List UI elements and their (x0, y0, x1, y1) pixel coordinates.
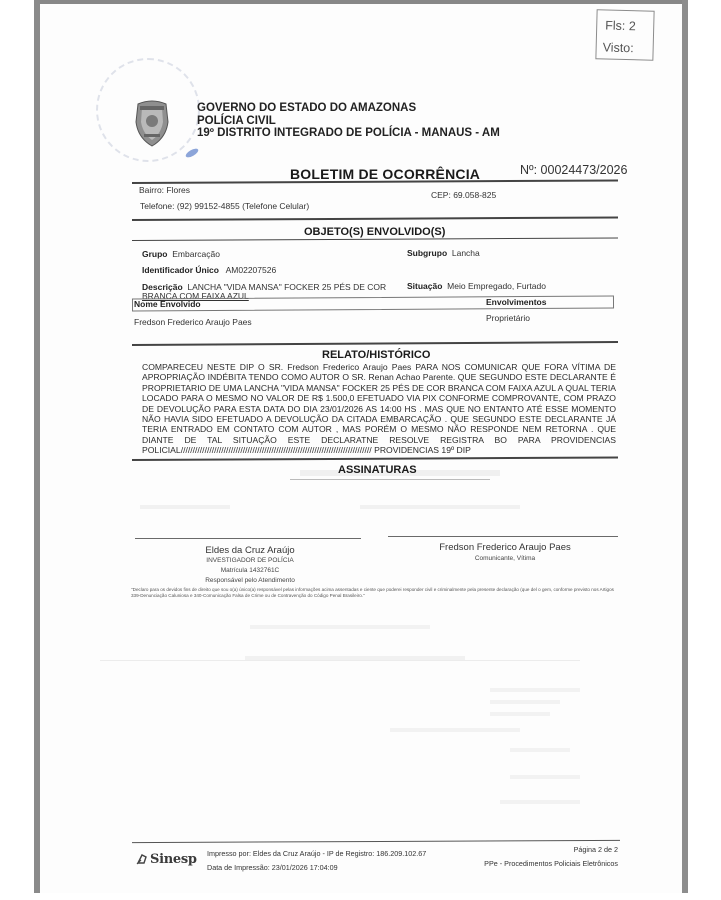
relato-section-title: RELATO/HISTÓRICO (322, 349, 430, 361)
situacao-label: Situação (407, 281, 442, 291)
folha-number: Fls: 2 (605, 18, 636, 33)
folha-stamp: Fls: 2 Visto: (595, 9, 654, 61)
policia-civil-badge-icon (134, 98, 170, 148)
envolvidos-col-nome: Nome Envolvido (134, 299, 201, 309)
signatory-matricula: Matrícula 1432761C (165, 566, 335, 577)
system-name: PPe - Procedimentos Policiais Eletrônico… (470, 859, 618, 868)
envolvido-envolvimento: Proprietário (486, 313, 530, 323)
signature-line-comunicante (388, 536, 618, 537)
organization-header: GOVERNO DO ESTADO DO AMAZONAS POLÍCIA CI… (197, 102, 500, 140)
org-line-distrito: 19º DISTRITO INTEGRADO DE POLÍCIA - MANA… (197, 127, 500, 140)
visto-label: Visto: (602, 40, 633, 55)
grupo-label: Grupo (142, 249, 168, 259)
signature-line-investigador (135, 538, 361, 539)
page-number: Página 2 de 2 (540, 845, 618, 854)
cep-field: CEP: 69.058-825 (431, 190, 496, 200)
identificador-row: Identificador Único AM02207526 (142, 265, 276, 275)
situacao-value: Meio Empregado, Furtado (447, 281, 546, 291)
org-line-policia: POLÍCIA CIVIL (197, 115, 500, 128)
bo-number: Nº: 00024473/2026 (520, 163, 627, 177)
assinaturas-section-title: ASSINATURAS (338, 464, 417, 476)
org-line-governo: GOVERNO DO ESTADO DO AMAZONAS (197, 102, 500, 115)
signatory-note: Responsável pelo Atendimento (165, 576, 335, 587)
signatory-role: INVESTIGADOR DE POLÍCIA (165, 556, 335, 567)
signatory-name: Eldes da Cruz Araújo (165, 545, 335, 556)
envolvido-nome: Fredson Frederico Araujo Paes (134, 317, 252, 327)
relato-text: COMPARECEU NESTE DIP O SR. Fredson Frede… (142, 362, 616, 456)
subgrupo-row: Subgrupo Lancha (407, 248, 480, 258)
grupo-value: Embarcação (172, 249, 220, 259)
telefone-field: Telefone: (92) 99152-4855 (Telefone Celu… (140, 201, 309, 211)
sinesp-logo: Sinesp (150, 852, 197, 867)
signatory-role: Comunicante, Vítima (415, 554, 595, 565)
grupo-row: Grupo Embarcação (142, 249, 220, 259)
situacao-row: Situação Meio Empregado, Furtado (407, 281, 546, 291)
identificador-value: AM02207526 (226, 265, 277, 275)
objetos-section-title: OBJETO(S) ENVOLVIDO(S) (304, 226, 445, 238)
legal-disclaimer: "Declaro para os devidos fins de direito… (131, 587, 623, 599)
sinesp-logo-icon (136, 853, 148, 865)
subgrupo-label: Subgrupo (407, 248, 447, 258)
identificador-label: Identificador Único (142, 265, 219, 275)
subgrupo-value: Lancha (452, 248, 480, 258)
data-impressao: Data de Impressão: 23/01/2026 17:04:09 (207, 863, 338, 872)
bairro-field: Bairro: Flores (139, 185, 190, 195)
impresso-por: Impresso por: Eldes da Cruz Araújo - IP … (207, 849, 426, 858)
signatory-name: Fredson Frederico Araujo Paes (415, 542, 595, 553)
envolvidos-col-envolvimentos: Envolvimentos (486, 297, 546, 307)
scan-frame-right (682, 0, 688, 893)
divider (290, 479, 490, 480)
